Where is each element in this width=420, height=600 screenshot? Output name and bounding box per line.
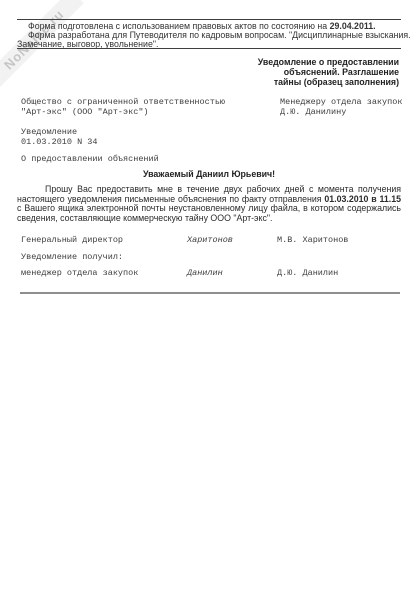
sender-company-line-2: "Арт-экс" (ООО "Арт-экс") <box>21 107 225 117</box>
recipient-name: Д.Ю. Данилину <box>280 107 402 117</box>
document-page: NoName.ru Форма подготовлена с использов… <box>0 0 420 600</box>
document-title: Уведомление о предоставлении объяснений.… <box>258 57 399 87</box>
manager-name: Д.Ю. Данилин <box>277 268 338 278</box>
document-type: Уведомление <box>21 127 98 137</box>
body-paragraph: Прошу Вас предоставить мне в течение дву… <box>17 185 401 223</box>
director-signature: Харитонов <box>187 235 233 245</box>
manager-signature: Данилин <box>187 268 223 278</box>
form-header: Форма подготовлена с использованием прав… <box>17 22 401 50</box>
recipient-block: Менеджеру отдела закупок Д.Ю. Данилину <box>280 97 402 117</box>
sender-company-line-1: Общество с ограниченной ответственностью <box>21 97 225 107</box>
document-date-number: 01.03.2010 N 34 <box>21 137 98 147</box>
recipient-position: Менеджеру отдела закупок <box>280 97 402 107</box>
subject-line: О предоставлении объяснений <box>21 154 159 164</box>
receipt-label: Уведомление получил: <box>21 252 123 262</box>
title-line-1: Уведомление о предоставлении <box>258 57 399 67</box>
sender-block: Общество с ограниченной ответственностью… <box>21 97 225 117</box>
director-name: М.В. Харитонов <box>277 235 348 245</box>
title-line-2: объяснений. Разглашение <box>258 67 399 77</box>
manager-position-label: менеджер отдела закупок <box>21 268 138 278</box>
header-rule-bottom <box>17 48 401 49</box>
salutation: Уважаемый Даниил Юрьевич! <box>17 169 401 179</box>
signature-row-director: Генеральный директор Харитонов М.В. Хари… <box>0 235 420 245</box>
title-line-3: тайны (образец заполнения) <box>258 77 399 87</box>
bottom-divider-rule <box>20 292 400 294</box>
signature-row-manager: менеджер отдела закупок Данилин Д.Ю. Дан… <box>0 268 420 278</box>
reference-block: Уведомление 01.03.2010 N 34 <box>21 127 98 147</box>
director-position-label: Генеральный директор <box>21 235 123 245</box>
